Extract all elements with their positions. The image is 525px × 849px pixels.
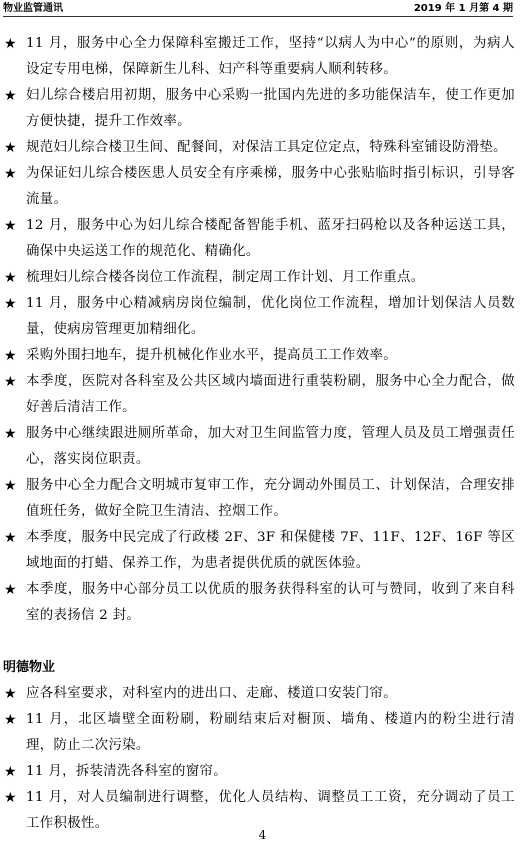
star-bullet-icon: ★ <box>4 577 17 603</box>
list-item: ★服务中心全力配合文明城市复审工作，充分调动外围员工、计划保洁，合理安排值班任务… <box>0 473 525 525</box>
item-text: 应各科室要求，对科室内的进出口、走廊、楼道口安装门帘。 <box>26 686 397 701</box>
list-item: ★11 月，服务中心精减病房岗位编制，优化岗位工作流程，增加计划保洁人员数量，使… <box>0 291 525 343</box>
list-item: ★12 月，服务中心为妇儿综合楼配备智能手机、蓝牙扫码枪以及各种运送工具，确保中… <box>0 213 525 265</box>
item-text: 服务中心继续跟进厕所革命，加大对卫生间监管力度，管理人员及员工增强责任心，落实岗… <box>26 426 515 467</box>
item-text: 本季度，服务中民完成了行政楼 2F、3F 和保健楼 7F、11F、12F、16F… <box>26 530 515 571</box>
list-item: ★本季度，服务中民完成了行政楼 2F、3F 和保健楼 7F、11F、12F、16… <box>0 525 525 577</box>
star-bullet-icon: ★ <box>4 707 17 733</box>
item-text: 本季度，医院对各科室及公共区域内墙面进行重装粉刷，服务中心全力配合，做好善后清洁… <box>26 374 515 415</box>
list-item: ★妇儿综合楼启用初期，服务中心采购一批国内先进的多功能保洁车，使工作更加方便快捷… <box>0 83 525 135</box>
list-item: ★规范妇儿综合楼卫生间、配餐间，对保洁工具定位定点，特殊科室铺设防滑垫。 <box>0 135 525 161</box>
running-header: 物业监管通讯 2019 年 1 月第 4 期 <box>3 2 513 17</box>
star-bullet-icon: ★ <box>4 681 17 707</box>
item-text: 12 月，服务中心为妇儿综合楼配备智能手机、蓝牙扫码枪以及各种运送工具，确保中央… <box>26 218 515 259</box>
item-text: 为保证妇儿综合楼医患人员安全有序乘梯，服务中心张贴临时指引标识，引导客流量。 <box>26 166 515 207</box>
item-text: 采购外围扫地车，提升机械化作业水平，提高员工工作效率。 <box>26 348 397 363</box>
star-bullet-icon: ★ <box>4 31 17 57</box>
page-number: 4 <box>0 828 525 842</box>
star-bullet-icon: ★ <box>4 161 17 187</box>
item-text: 本季度，服务中心部分员工以优质的服务获得科室的认可与赞同，收到了来自科室的表扬信… <box>26 582 515 623</box>
star-bullet-icon: ★ <box>4 213 17 239</box>
item-text: 11 月，服务中心精减病房岗位编制，优化岗位工作流程，增加计划保洁人员数量，使病… <box>26 296 515 337</box>
star-bullet-icon: ★ <box>4 525 17 551</box>
item-text: 11 月，北区墙壁全面粉刷，粉刷结束后对橱顶、墙角、楼道内的粉尘进行清理，防止二… <box>26 712 515 753</box>
section-heading: 明德物业 <box>0 655 525 681</box>
star-bullet-icon: ★ <box>4 785 17 811</box>
star-bullet-icon: ★ <box>4 759 17 785</box>
publication-title: 物业监管通讯 <box>3 3 63 15</box>
list-item: ★11 月，拆装清洗各科室的窗帘。 <box>0 759 525 785</box>
list-item: ★11 月，服务中心全力保障科室搬迁工作，坚持“以病人为中心”的原则，为病人设定… <box>0 31 525 83</box>
section-service-center: ★11 月，服务中心全力保障科室搬迁工作，坚持“以病人为中心”的原则，为病人设定… <box>0 31 525 629</box>
list-item: ★梳理妇儿综合楼各岗位工作流程，制定周工作计划、月工作重点。 <box>0 265 525 291</box>
list-item: ★为保证妇儿综合楼医患人员安全有序乘梯，服务中心张贴临时指引标识，引导客流量。 <box>0 161 525 213</box>
section-spacer <box>0 629 525 655</box>
item-text: 11 月，服务中心全力保障科室搬迁工作，坚持“以病人为中心”的原则，为病人设定专… <box>26 36 515 77</box>
item-text: 服务中心全力配合文明城市复审工作，充分调动外围员工、计划保洁，合理安排值班任务，… <box>26 478 515 519</box>
section-mingde-property: 明德物业 ★应各科室要求，对科室内的进出口、走廊、楼道口安装门帘。 ★11 月，… <box>0 655 525 837</box>
star-bullet-icon: ★ <box>4 343 17 369</box>
item-text: 11 月，对人员编制进行调整，优化人员结构、调整员工工资，充分调动了员工工作积极… <box>26 790 515 831</box>
document-body: ★11 月，服务中心全力保障科室搬迁工作，坚持“以病人为中心”的原则，为病人设定… <box>0 31 525 837</box>
item-text: 11 月，拆装清洗各科室的窗帘。 <box>26 764 227 779</box>
star-bullet-icon: ★ <box>4 421 17 447</box>
star-bullet-icon: ★ <box>4 83 17 109</box>
star-bullet-icon: ★ <box>4 369 17 395</box>
list-item: ★应各科室要求，对科室内的进出口、走廊、楼道口安装门帘。 <box>0 681 525 707</box>
item-text: 规范妇儿综合楼卫生间、配餐间，对保洁工具定位定点，特殊科室铺设防滑垫。 <box>26 140 507 155</box>
star-bullet-icon: ★ <box>4 135 17 161</box>
star-bullet-icon: ★ <box>4 473 17 499</box>
list-item: ★本季度，服务中心部分员工以优质的服务获得科室的认可与赞同，收到了来自科室的表扬… <box>0 577 525 629</box>
star-bullet-icon: ★ <box>4 265 17 291</box>
list-item: ★采购外围扫地车，提升机械化作业水平，提高员工工作效率。 <box>0 343 525 369</box>
star-bullet-icon: ★ <box>4 291 17 317</box>
item-text: 妇儿综合楼启用初期，服务中心采购一批国内先进的多功能保洁车，使工作更加方便快捷，… <box>26 88 515 129</box>
list-item: ★本季度，医院对各科室及公共区域内墙面进行重装粉刷，服务中心全力配合，做好善后清… <box>0 369 525 421</box>
list-item: ★服务中心继续跟进厕所革命，加大对卫生间监管力度，管理人员及员工增强责任心，落实… <box>0 421 525 473</box>
item-text: 梳理妇儿综合楼各岗位工作流程，制定周工作计划、月工作重点。 <box>26 270 424 285</box>
issue-label: 2019 年 1 月第 4 期 <box>414 3 513 15</box>
list-item: ★11 月，北区墙壁全面粉刷，粉刷结束后对橱顶、墙角、楼道内的粉尘进行清理，防止… <box>0 707 525 759</box>
